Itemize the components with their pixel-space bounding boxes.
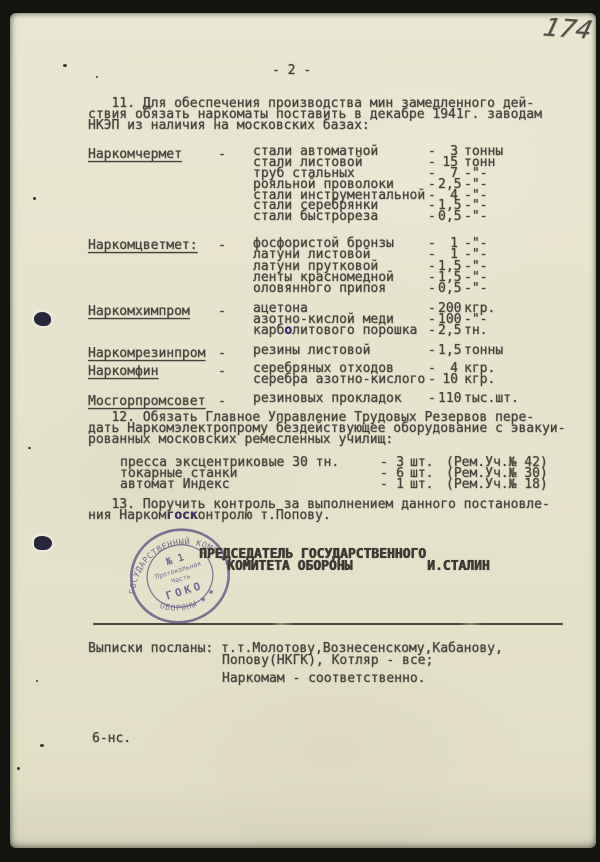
value-dash: -: [428, 375, 438, 386]
equipment-row: автомат Индекс-1шт.(Рем.Уч.№ 18): [120, 480, 560, 491]
ink-speck: [96, 76, 98, 78]
equipment-name: автомат Индекс: [120, 480, 380, 491]
signature-name: И.СТАЛИН: [427, 561, 490, 573]
footer-distribution-line2: Попову(НКГК), Котляр - все;: [222, 655, 433, 667]
value-dash: -: [428, 212, 438, 223]
item-name-pre: карб: [253, 323, 284, 338]
section-dash: -: [218, 147, 226, 162]
supply-row: серебра азотно-кислого-10кгр.: [253, 375, 495, 386]
item-unit: -"-: [464, 283, 487, 294]
signature-title-line2: КОМИТЕТА ОБОРОНЫ: [227, 561, 352, 573]
section-dash: -: [218, 304, 226, 319]
equipment-note: (Рем.Уч.№ 18): [446, 480, 548, 491]
ink-speck: [33, 197, 36, 200]
section-label: Наркомцветмет:: [88, 238, 198, 253]
item-name: резиновых прокладок: [253, 394, 428, 405]
item-unit: кгр.: [464, 375, 495, 386]
item-unit: тн.: [464, 326, 487, 337]
equipment-qty: 1: [390, 480, 404, 491]
item-unit: тыс.шт.: [464, 394, 519, 405]
item-name-with-correction: карболитового порошка: [253, 326, 428, 337]
ink-speck: [63, 64, 67, 67]
item-name: оловянного припоя: [253, 283, 428, 294]
ink-speck: [17, 767, 20, 770]
section-label: Наркомфин: [88, 364, 158, 379]
section-label: Мосгорпромсовет: [88, 394, 205, 409]
footer-distribution-line3: Наркомам - соответственно.: [222, 673, 426, 685]
supply-row: резиновых прокладок-110тыс.шт.: [253, 394, 519, 405]
item-name: резины листовой: [253, 346, 428, 357]
section-label: Наркомхимпром: [88, 304, 190, 319]
section-dash: -: [218, 364, 226, 379]
item-qty: 0,5: [438, 212, 458, 223]
equipment-unit: шт.: [410, 480, 446, 491]
paragraph-11: 11. Для обеспечения производства мин зам…: [88, 99, 568, 132]
ink-correction-letter: о: [284, 323, 292, 338]
item-name-post: литового порошка: [292, 323, 417, 338]
item-qty: 0,5: [438, 283, 458, 294]
supply-row: карболитового порошка-2,5тн.: [253, 326, 495, 337]
section-dash: -: [218, 394, 226, 409]
ink-speck: [28, 447, 31, 449]
supply-row: оловянного припоя-0,5-"-: [253, 283, 487, 294]
value-dash: -: [380, 480, 390, 491]
ink-speck: [36, 680, 38, 682]
item-qty: 10: [438, 375, 458, 386]
section-dash: -: [218, 238, 226, 253]
item-qty: 110: [438, 394, 458, 405]
supply-row: стали быстрореза-0,5-"-: [253, 212, 503, 223]
supply-row: резины листовой-1,5тонны: [253, 346, 503, 357]
handwritten-page-number: 174: [540, 13, 595, 45]
value-dash: -: [428, 346, 438, 357]
ink-blot: [34, 312, 51, 326]
section-label: Наркомчермет: [88, 147, 182, 162]
typist-code: 6-нс.: [92, 733, 131, 745]
item-qty: 2,5: [438, 326, 458, 337]
item-unit: -"-: [464, 212, 487, 223]
scanned-document-page: { "page": { "handwritten_number": "174",…: [0, 0, 600, 862]
value-dash: -: [428, 283, 438, 294]
page-header: - 2 -: [272, 65, 311, 77]
item-name: серебра азотно-кислого: [253, 375, 428, 386]
item-unit: тонны: [464, 346, 503, 357]
value-dash: -: [428, 394, 438, 405]
ink-blot: [34, 536, 52, 550]
section-dash: -: [218, 346, 226, 361]
paragraph-12: 12. Обязать Главное Управление Трудовых …: [88, 413, 568, 446]
ink-speck: [40, 744, 44, 747]
item-qty: 1,5: [438, 346, 458, 357]
value-dash: -: [428, 326, 438, 337]
item-name: стали быстрореза: [253, 212, 428, 223]
section-label: Наркомрезинпром: [88, 346, 205, 361]
